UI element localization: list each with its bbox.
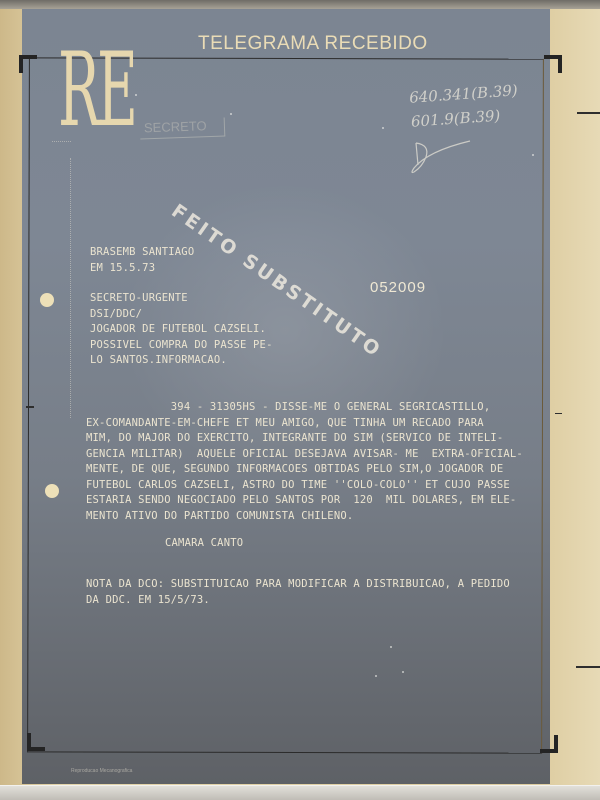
margin-tick-right-bottom — [576, 666, 600, 668]
telegram-header: BRASEMB SANTIAGOEM 15.5.73 — [90, 245, 194, 276]
handwritten-archive-codes: 640.341(B.39) 601.9(B.39) — [408, 78, 520, 133]
subject-line: SECRETO-URGENTE — [90, 291, 273, 307]
punch-hole-top — [40, 293, 54, 307]
frame-tick-right — [555, 413, 562, 414]
body-line: MENTE, DE QUE, SEGUNDO INFORMACOES OBTID… — [86, 462, 523, 478]
margin-guide-horizontal — [52, 141, 71, 143]
body-line: FUTEBOL CARLOS CAZSELI, ASTRO DO TIME ''… — [86, 478, 523, 494]
handwritten-initial-icon — [408, 135, 478, 175]
body-line: MENTO ATIVO DO PARTIDO COMUNISTA CHILENO… — [86, 509, 523, 525]
distribution-note: NOTA DA DCO: SUBSTITUICAO PARA MODIFICAR… — [86, 577, 510, 608]
body-line: 394 - 31305HS - DISSE-ME O GENERAL SEGRI… — [86, 400, 523, 416]
body-line: EX-COMANDANTE-EM-CHEFE ET MEU AMIGO, QUE… — [86, 416, 523, 432]
date-line: EM 15.5.73 — [90, 261, 194, 277]
subject-line: POSSIVEL COMPRA DO PASSE PE- — [90, 338, 273, 354]
telegram-signature: CAMARA CANTO — [165, 536, 243, 552]
telegram-number: 052009 — [370, 279, 426, 296]
dust-speck — [402, 671, 404, 673]
margin-tick-right-top — [577, 112, 600, 114]
margin-guide-vertical — [70, 158, 72, 418]
note-line: DA DDC. EM 15/5/73. — [86, 593, 510, 609]
scanner-bottom-edge — [0, 785, 600, 800]
body-line: MIM, DO MAJOR DO EXERCITO, INTEGRANTE DO… — [86, 431, 523, 447]
document-title: TELEGRAMA RECEBIDO — [198, 33, 428, 55]
frame-corner-top-right — [544, 55, 562, 73]
frame-tick-left — [26, 406, 34, 408]
dust-speck — [375, 675, 377, 677]
subject-line: JOGADOR DE FUTEBOL CAZSELI. — [90, 322, 273, 338]
dust-speck — [230, 113, 232, 115]
scanner-top-edge — [0, 0, 600, 9]
footer-print-mark: Reproducao Mecanografica — [71, 768, 132, 774]
telegram-body: 394 - 31305HS - DISSE-ME O GENERAL SEGRI… — [86, 400, 523, 524]
dust-speck — [135, 94, 137, 96]
body-line: ESTARIA SENDO NEGOCIADO PELO SANTOS POR … — [86, 493, 523, 509]
note-line: NOTA DA DCO: SUBSTITUICAO PARA MODIFICAR… — [86, 577, 510, 593]
re-logo: RE — [58, 40, 135, 142]
frame-corner-bottom-left — [27, 733, 45, 751]
dust-speck — [382, 127, 384, 129]
frame-corner-top-left — [19, 55, 37, 73]
subject-line: DSI/DDC/ — [90, 307, 273, 323]
dust-speck — [532, 154, 534, 156]
sender-line: BRASEMB SANTIAGO — [90, 245, 194, 261]
subject-line: LO SANTOS.INFORMACAO. — [90, 353, 273, 369]
classification-stamp: SECRETO — [140, 118, 226, 140]
telegram-subject: SECRETO-URGENTEDSI/DDC/JOGADOR DE FUTEBO… — [90, 291, 273, 369]
body-line: GENCIA MILITAR) AQUELE OFICIAL DESEJAVA … — [86, 447, 523, 463]
dust-speck — [390, 646, 392, 648]
frame-corner-bottom-right — [540, 735, 558, 753]
punch-hole-bottom — [45, 484, 59, 498]
